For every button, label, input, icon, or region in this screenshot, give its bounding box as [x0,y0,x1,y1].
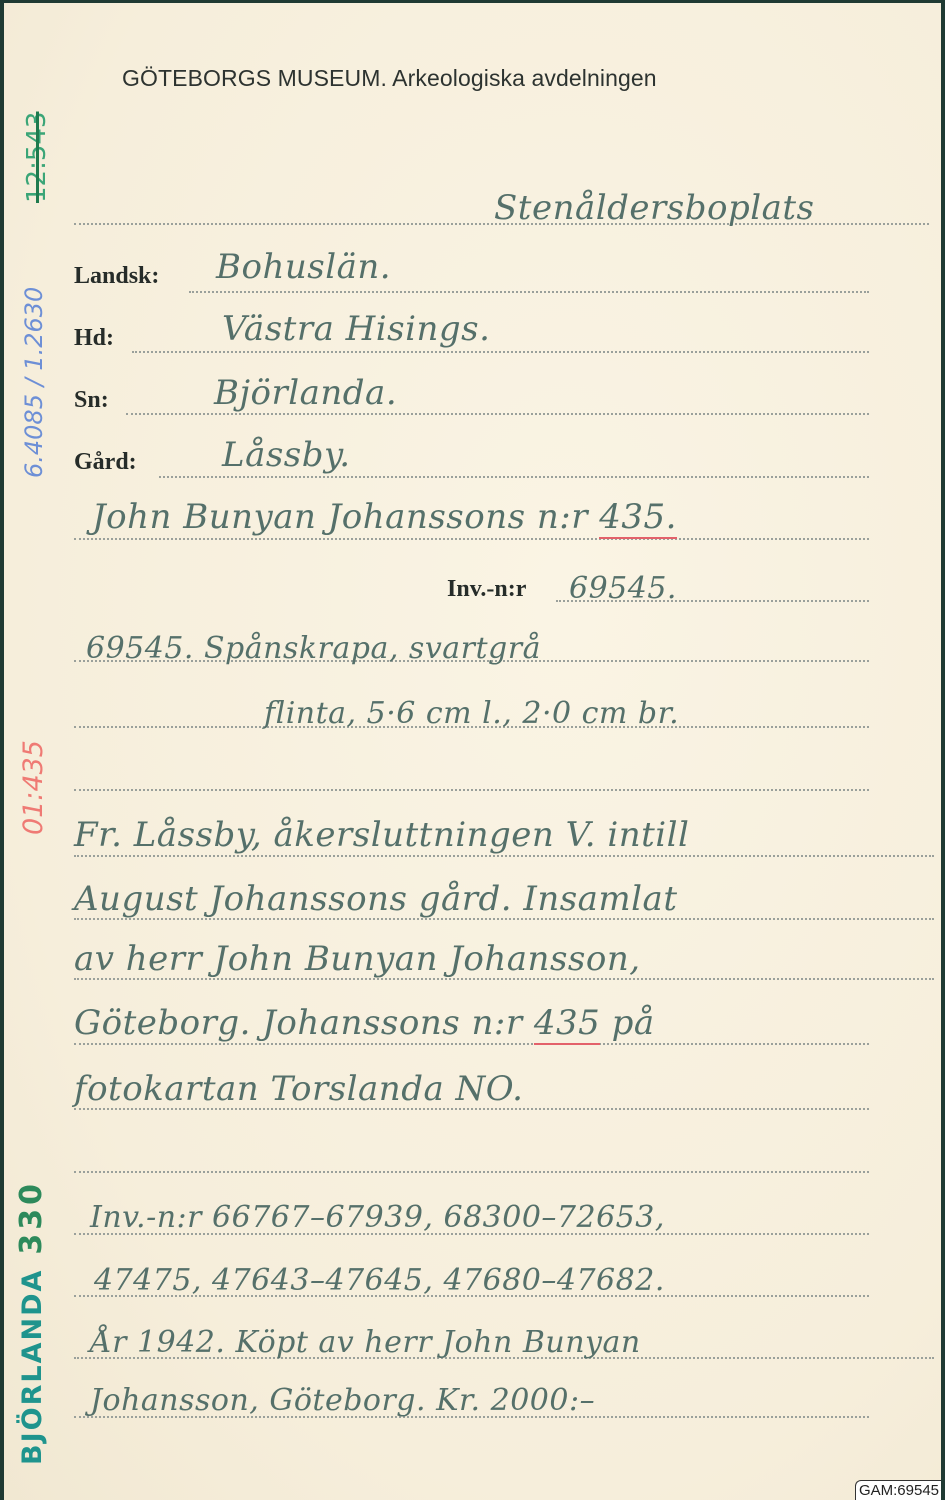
acquisition-line-3: År 1942. Köpt av herr John Bunyan [90,1325,641,1360]
findspot-line-4: Göteborg. Johanssons n:r 435 på [74,1003,655,1043]
value-sn: Björlanda. [214,373,397,413]
category-text: Stenåldersboplats [494,188,814,228]
catalog-card: GÖTEBORGS MUSEUM. Arkeologiska avdelning… [4,3,941,1500]
description-line-2: flinta, 5·6 cm l., 2·0 cm br. [264,696,679,731]
collector-name: John Bunyan Johanssons n:r [92,497,599,537]
collector-text: John Bunyan Johanssons n:r 435. [92,497,677,537]
margin-note-green-struck: 12:543 [22,112,52,203]
line-desc-3 [74,789,869,791]
findspot-line-4-b: på [600,1003,654,1043]
findspot-line-5: fotokartan Torslanda NO. [74,1069,523,1109]
stamp-parish: BJÖRLANDA [17,1269,48,1465]
label-inv: Inv.-n:r [447,576,526,603]
findspot-line-2: August Johanssons gård. Insamlat [74,879,677,919]
line-collector [74,538,869,540]
acquisition-line-4: Johansson, Göteborg. Kr. 2000:– [90,1383,595,1418]
findspot-line-1: Fr. Låssby, åkersluttningen V. intill [74,815,689,855]
label-sn: Sn: [74,387,109,414]
value-hd: Västra Hisings. [222,309,490,349]
value-gard: Låssby. [222,435,351,475]
stamp-number: 330 [14,1180,49,1255]
line-landsk [189,291,869,293]
margin-note-blue: 6.4085 / 1.2630 [20,287,48,478]
collector-number: 435. [599,497,677,539]
label-landsk: Landsk: [74,263,159,290]
line-find-6 [74,1171,869,1173]
value-inv: 69545. [569,571,677,606]
museum-header: GÖTEBORGS MUSEUM. Arkeologiska avdelning… [122,65,657,92]
label-gard: Gård: [74,449,137,476]
line-hd [132,351,869,353]
findspot-line-3: av herr John Bunyan Johansson, [74,939,641,979]
line-sn [126,413,869,415]
line-find-1 [74,855,934,857]
value-landsk: Bohuslän. [216,247,391,287]
line-find-4 [74,1043,869,1045]
margin-stamp: BJÖRLANDA330 [14,1180,49,1465]
findspot-number: 435 [534,1003,600,1045]
label-hd: Hd: [74,325,114,352]
description-line-1: 69545. Spånskrapa, svartgrå [86,631,541,666]
catalog-id-label: GAM:69545 [855,1480,941,1500]
acquisition-line-1: Inv.-n:r 66767–67939, 68300–72653, [90,1200,665,1235]
margin-note-red: 01:435 [18,740,49,835]
acquisition-line-2: 47475, 47643–47645, 47680–47682. [94,1263,665,1298]
line-gard [159,476,869,478]
findspot-line-4-a: Göteborg. Johanssons n:r [74,1003,534,1043]
